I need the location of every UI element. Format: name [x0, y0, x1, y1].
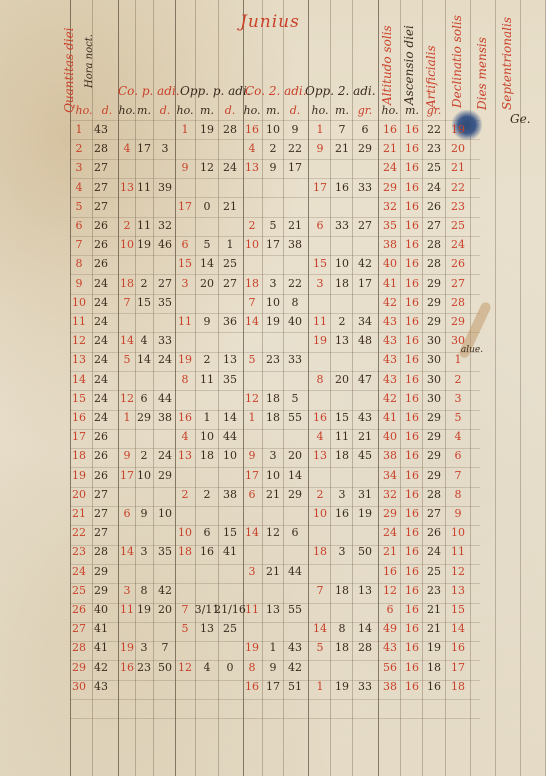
table-cell: 10 [335, 257, 349, 270]
table-cell: 27 [94, 200, 108, 213]
table-cell: 19 [137, 603, 151, 616]
table-cell: 7 [162, 641, 169, 654]
table-cell: 26 [427, 200, 441, 213]
table-cell: 2 [76, 142, 83, 155]
column-subheader: ho. [118, 104, 135, 117]
table-cell: 43 [383, 334, 397, 347]
table-cell: 26 [451, 257, 465, 270]
table-cell: 8 [317, 373, 324, 386]
table-cell: 2 [182, 488, 189, 501]
table-cell: 6 [455, 449, 462, 462]
table-cell: 18 [335, 641, 349, 654]
table-cell: 21 [427, 622, 441, 635]
column-subheader: ho. [381, 104, 398, 117]
ruling-line [70, 236, 480, 237]
table-cell: 1 [249, 411, 256, 424]
table-cell: 7 [339, 123, 346, 136]
table-cell: 13 [451, 584, 465, 597]
table-cell: 19 [266, 315, 280, 328]
table-cell: 20 [451, 142, 465, 155]
table-cell: 50 [358, 545, 372, 558]
table-cell: 10 [72, 296, 86, 309]
table-cell: 4 [249, 142, 256, 155]
table-cell: 29 [288, 488, 302, 501]
table-cell: 8 [292, 296, 299, 309]
table-cell: 8 [339, 622, 346, 635]
table-cell: 43 [358, 411, 372, 424]
table-cell: 43 [383, 373, 397, 386]
ruling-line [70, 197, 480, 198]
table-cell: 33 [288, 353, 302, 366]
table-cell: 34 [383, 469, 397, 482]
table-cell: 9 [182, 161, 189, 174]
table-cell: 21 [451, 161, 465, 174]
table-cell: 16 [405, 430, 419, 443]
table-cell: 10 [245, 238, 259, 251]
table-cell: 16 [405, 545, 419, 558]
table-cell: 21 [266, 565, 280, 578]
table-cell: 22 [451, 181, 465, 194]
table-cell: 1 [455, 353, 462, 366]
table-cell: 17 [137, 142, 151, 155]
table-cell: 39 [158, 181, 172, 194]
column-subheader: ho. [75, 104, 92, 117]
table-cell: 16 [405, 200, 419, 213]
table-cell: 6 [317, 219, 324, 232]
table-cell: 25 [223, 622, 237, 635]
table-cell: 19 [335, 680, 349, 693]
table-cell: 30 [451, 334, 465, 347]
table-cell: 18 [335, 449, 349, 462]
table-cell: 18 [427, 661, 441, 674]
table-cell: 25 [427, 565, 441, 578]
table-cell: 8 [141, 584, 148, 597]
table-cell: 16 [405, 181, 419, 194]
table-cell: 3 [141, 641, 148, 654]
table-cell: 19 [120, 641, 134, 654]
table-cell: 1 [124, 411, 131, 424]
table-cell: 24 [94, 411, 108, 424]
ruling-line [70, 139, 480, 140]
column-subheader: m. [335, 104, 349, 117]
table-cell: 11 [200, 373, 214, 386]
table-cell: 15 [178, 257, 192, 270]
header-sun-declination: Declinatio solis [450, 28, 464, 108]
table-cell: 5 [317, 641, 324, 654]
column-subheader: d. [102, 104, 113, 117]
table-cell: 16 [72, 411, 86, 424]
header-night-hours: Hora noct. [84, 28, 95, 88]
table-cell: 8 [76, 257, 83, 270]
table-cell: 19 [72, 469, 86, 482]
table-cell: 4 [141, 334, 148, 347]
table-cell: 6 [362, 123, 369, 136]
table-cell: 16 [405, 411, 419, 424]
table-cell: 27 [72, 622, 86, 635]
table-cell: 23 [451, 200, 465, 213]
table-cell: 1 [317, 680, 324, 693]
table-cell: 26 [94, 219, 108, 232]
table-cell: 17 [245, 469, 259, 482]
table-cell: 29 [427, 315, 441, 328]
table-cell: 7 [76, 238, 83, 251]
table-cell: 9 [76, 277, 83, 290]
table-cell: 16 [405, 123, 419, 136]
table-cell: 36 [223, 315, 237, 328]
table-cell: 14 [313, 622, 327, 635]
table-cell: 41 [94, 641, 108, 654]
table-cell: 13 [178, 449, 192, 462]
table-cell: 7 [455, 469, 462, 482]
table-cell: 3 [124, 584, 131, 597]
table-cell: 16 [405, 680, 419, 693]
column-subheader: m. [266, 104, 280, 117]
table-cell: 14 [223, 411, 237, 424]
ruling-line [70, 255, 480, 256]
table-cell: 10 [266, 469, 280, 482]
table-cell: 3 [162, 142, 169, 155]
table-cell: 3 [76, 161, 83, 174]
table-cell: 28 [94, 545, 108, 558]
table-cell: 28 [223, 123, 237, 136]
ruling-line [70, 159, 480, 160]
table-cell: 14 [200, 257, 214, 270]
table-cell: 5 [76, 200, 83, 213]
table-cell: 3 [270, 277, 277, 290]
table-cell: 18 [266, 411, 280, 424]
table-cell: 19 [313, 334, 327, 347]
table-cell: 16 [405, 392, 419, 405]
table-cell: 10 [223, 449, 237, 462]
table-cell: 13 [335, 334, 349, 347]
ruling-line [70, 718, 480, 719]
table-cell: 2 [124, 219, 131, 232]
table-cell: 5 [182, 622, 189, 635]
table-cell: 12 [72, 334, 86, 347]
table-cell: 7 [249, 296, 256, 309]
table-cell: 10 [313, 507, 327, 520]
table-cell: 25 [223, 257, 237, 270]
column-subheader: ho. [176, 104, 193, 117]
table-cell: 1 [204, 411, 211, 424]
table-cell: 16 [335, 507, 349, 520]
header-opp-1: Opp. p. adi. [180, 84, 251, 98]
table-cell: 38 [383, 449, 397, 462]
table-cell: 16 [405, 584, 419, 597]
table-cell: 16 [405, 507, 419, 520]
table-cell: 47 [358, 373, 372, 386]
table-cell: 15 [223, 526, 237, 539]
table-cell: 38 [383, 238, 397, 251]
table-cell: 23 [266, 353, 280, 366]
table-cell: 16 [405, 315, 419, 328]
table-cell: 3 [182, 277, 189, 290]
table-cell: 6 [249, 488, 256, 501]
table-cell: 12 [266, 526, 280, 539]
table-cell: 29 [427, 277, 441, 290]
table-cell: 16 [405, 257, 419, 270]
table-cell: 5 [270, 219, 277, 232]
table-cell: 17 [288, 161, 302, 174]
table-cell: 19 [245, 641, 259, 654]
table-cell: 19 [358, 507, 372, 520]
table-cell: 24 [94, 296, 108, 309]
table-cell: 12 [120, 392, 134, 405]
table-cell: 3 [270, 449, 277, 462]
table-cell: 12 [245, 392, 259, 405]
table-cell: 17 [451, 661, 465, 674]
table-cell: 11 [137, 219, 151, 232]
table-cell: 3 [317, 277, 324, 290]
table-cell: 32 [383, 200, 397, 213]
column-subheader: gr. [358, 104, 373, 117]
table-cell: 24 [94, 334, 108, 347]
table-cell: 13 [266, 603, 280, 616]
column-subheader: gr. [427, 104, 442, 117]
table-cell: 11 [120, 603, 134, 616]
column-subheader: ho. [243, 104, 260, 117]
column-subheader: d. [225, 104, 236, 117]
table-cell: 2 [204, 353, 211, 366]
table-cell: 21 [427, 603, 441, 616]
table-cell: 16 [451, 641, 465, 654]
table-cell: 0 [227, 661, 234, 674]
table-cell: 17 [313, 181, 327, 194]
table-cell: 2 [141, 449, 148, 462]
table-cell: 13 [245, 161, 259, 174]
table-cell: 29 [72, 661, 86, 674]
table-cell: 40 [288, 315, 302, 328]
table-cell: 29 [358, 142, 372, 155]
table-cell: 41 [223, 545, 237, 558]
table-cell: 16 [405, 526, 419, 539]
table-cell: 8 [249, 661, 256, 674]
table-cell: 19 [200, 123, 214, 136]
header-conj-2: Co. 2. adi. [245, 84, 307, 98]
table-cell: 10 [451, 526, 465, 539]
table-cell: 12 [451, 565, 465, 578]
table-cell: 23 [72, 545, 86, 558]
table-cell: 43 [383, 315, 397, 328]
table-cell: 13 [313, 449, 327, 462]
table-cell: 16 [405, 238, 419, 251]
table-cell: 3 [141, 545, 148, 558]
ruling-line [70, 294, 480, 295]
column-subheader: m. [405, 104, 419, 117]
table-cell: 17 [358, 277, 372, 290]
table-cell: 16 [405, 641, 419, 654]
table-cell: 55 [288, 411, 302, 424]
table-cell: 26 [94, 238, 108, 251]
table-cell: 10 [137, 469, 151, 482]
table-cell: 35 [158, 296, 172, 309]
table-cell: 29 [427, 430, 441, 443]
table-cell: 42 [383, 296, 397, 309]
ruling-line [70, 274, 480, 275]
table-cell: 1 [182, 123, 189, 136]
table-cell: 20 [288, 449, 302, 462]
table-cell: 20 [158, 603, 172, 616]
table-cell: 2 [317, 488, 324, 501]
table-cell: 1 [317, 123, 324, 136]
table-cell: 30 [427, 353, 441, 366]
table-cell: 21 [383, 545, 397, 558]
table-cell: 10 [266, 296, 280, 309]
table-cell: 40 [383, 257, 397, 270]
column-subheader: ho. [311, 104, 328, 117]
table-cell: 25 [427, 161, 441, 174]
table-cell: 5 [204, 238, 211, 251]
table-cell: 29 [427, 449, 441, 462]
table-cell: 9 [249, 449, 256, 462]
table-cell: 28 [72, 641, 86, 654]
table-cell: 14 [451, 622, 465, 635]
table-cell: 24 [72, 565, 86, 578]
table-cell: 26 [72, 603, 86, 616]
table-cell: 7 [124, 296, 131, 309]
table-cell: 16 [405, 565, 419, 578]
table-cell: 24 [94, 373, 108, 386]
table-cell: 12 [200, 161, 214, 174]
table-cell: 16 [405, 373, 419, 386]
table-cell: 18 [335, 277, 349, 290]
table-cell: 5 [292, 392, 299, 405]
table-cell: 1 [76, 123, 83, 136]
table-cell: 22 [288, 277, 302, 290]
table-cell: 24 [223, 161, 237, 174]
month-title: Junius [240, 12, 300, 32]
table-cell: 38 [383, 680, 397, 693]
column-subheader: m. [200, 104, 214, 117]
table-cell: 29 [137, 411, 151, 424]
table-cell: 2 [339, 315, 346, 328]
table-cell: 4 [124, 142, 131, 155]
table-cell: 3 [455, 392, 462, 405]
table-cell: 24 [158, 449, 172, 462]
table-cell: 33 [358, 181, 372, 194]
table-cell: 27 [223, 277, 237, 290]
table-cell: 13 [72, 353, 86, 366]
table-cell: 46 [158, 238, 172, 251]
table-cell: 6 [292, 526, 299, 539]
table-cell: 30 [427, 373, 441, 386]
table-cell: 41 [94, 622, 108, 635]
table-cell: 41 [383, 277, 397, 290]
table-cell: 28 [94, 142, 108, 155]
table-cell: 24 [383, 161, 397, 174]
table-cell: 16 [405, 161, 419, 174]
table-cell: 4 [317, 430, 324, 443]
table-cell: 21 [266, 488, 280, 501]
table-cell: 38 [288, 238, 302, 251]
table-cell: 15 [72, 392, 86, 405]
table-cell: 13 [223, 353, 237, 366]
ruling-line [495, 0, 496, 776]
table-cell: 10 [200, 430, 214, 443]
table-cell: 5 [249, 353, 256, 366]
table-cell: 15 [335, 411, 349, 424]
table-cell: 32 [158, 219, 172, 232]
table-cell: 7 [182, 603, 189, 616]
table-cell: 29 [158, 469, 172, 482]
table-cell: 23 [427, 584, 441, 597]
table-cell: 21 [383, 142, 397, 155]
table-cell: 16 [405, 603, 419, 616]
table-cell: 48 [358, 334, 372, 347]
table-cell: 0 [204, 200, 211, 213]
table-cell: 29 [427, 469, 441, 482]
column-subheader: d. [290, 104, 301, 117]
table-cell: 13 [120, 181, 134, 194]
table-cell: 22 [427, 123, 441, 136]
table-cell: 24 [451, 238, 465, 251]
table-cell: 26 [94, 430, 108, 443]
table-cell: 9 [270, 161, 277, 174]
table-cell: 50 [158, 661, 172, 674]
table-cell: 17 [72, 430, 86, 443]
table-cell: 9 [455, 507, 462, 520]
table-cell: 42 [288, 661, 302, 674]
table-cell: 18 [313, 545, 327, 558]
header-sun-altitude: Altitudo solis [380, 20, 394, 105]
table-cell: 4 [182, 430, 189, 443]
table-cell: 16 [405, 142, 419, 155]
ruling-line [70, 699, 480, 700]
table-cell: 1 [227, 238, 234, 251]
table-cell: 27 [94, 181, 108, 194]
table-cell: 22 [72, 526, 86, 539]
column-subheader: m. [137, 104, 151, 117]
table-cell: 16 [245, 680, 259, 693]
table-cell: 40 [383, 430, 397, 443]
table-cell: 12 [178, 661, 192, 674]
table-cell: 16 [383, 565, 397, 578]
table-cell: 16 [313, 411, 327, 424]
table-cell: 27 [94, 526, 108, 539]
table-cell: 19 [178, 353, 192, 366]
table-cell: 28 [451, 296, 465, 309]
table-cell: 29 [427, 411, 441, 424]
table-cell: 14 [358, 622, 372, 635]
header-opp-2: Opp. 2. adi. [305, 84, 376, 98]
header-conj-1: Co. p. adi. [118, 84, 180, 98]
table-cell: 55 [288, 603, 302, 616]
table-cell: 6 [124, 507, 131, 520]
table-cell: 19 [451, 123, 465, 136]
table-cell: 16 [383, 123, 397, 136]
table-cell: 29 [94, 565, 108, 578]
table-cell: 9 [124, 449, 131, 462]
table-cell: 33 [158, 334, 172, 347]
table-cell: 27 [427, 219, 441, 232]
table-cell: 43 [383, 641, 397, 654]
table-cell: 2 [270, 142, 277, 155]
table-cell: 16 [200, 545, 214, 558]
table-cell: 45 [358, 449, 372, 462]
table-cell: 44 [288, 565, 302, 578]
column-subheader: d. [160, 104, 171, 117]
table-cell: 6 [141, 392, 148, 405]
table-cell: 56 [383, 661, 397, 674]
table-cell: 12 [383, 584, 397, 597]
table-cell: 24 [427, 181, 441, 194]
table-cell: 28 [427, 238, 441, 251]
table-cell: 6 [182, 238, 189, 251]
table-cell: 24 [427, 545, 441, 558]
header-month-day: Dies mensis [475, 20, 489, 110]
table-cell: 18 [451, 680, 465, 693]
table-cell: 16 [335, 181, 349, 194]
